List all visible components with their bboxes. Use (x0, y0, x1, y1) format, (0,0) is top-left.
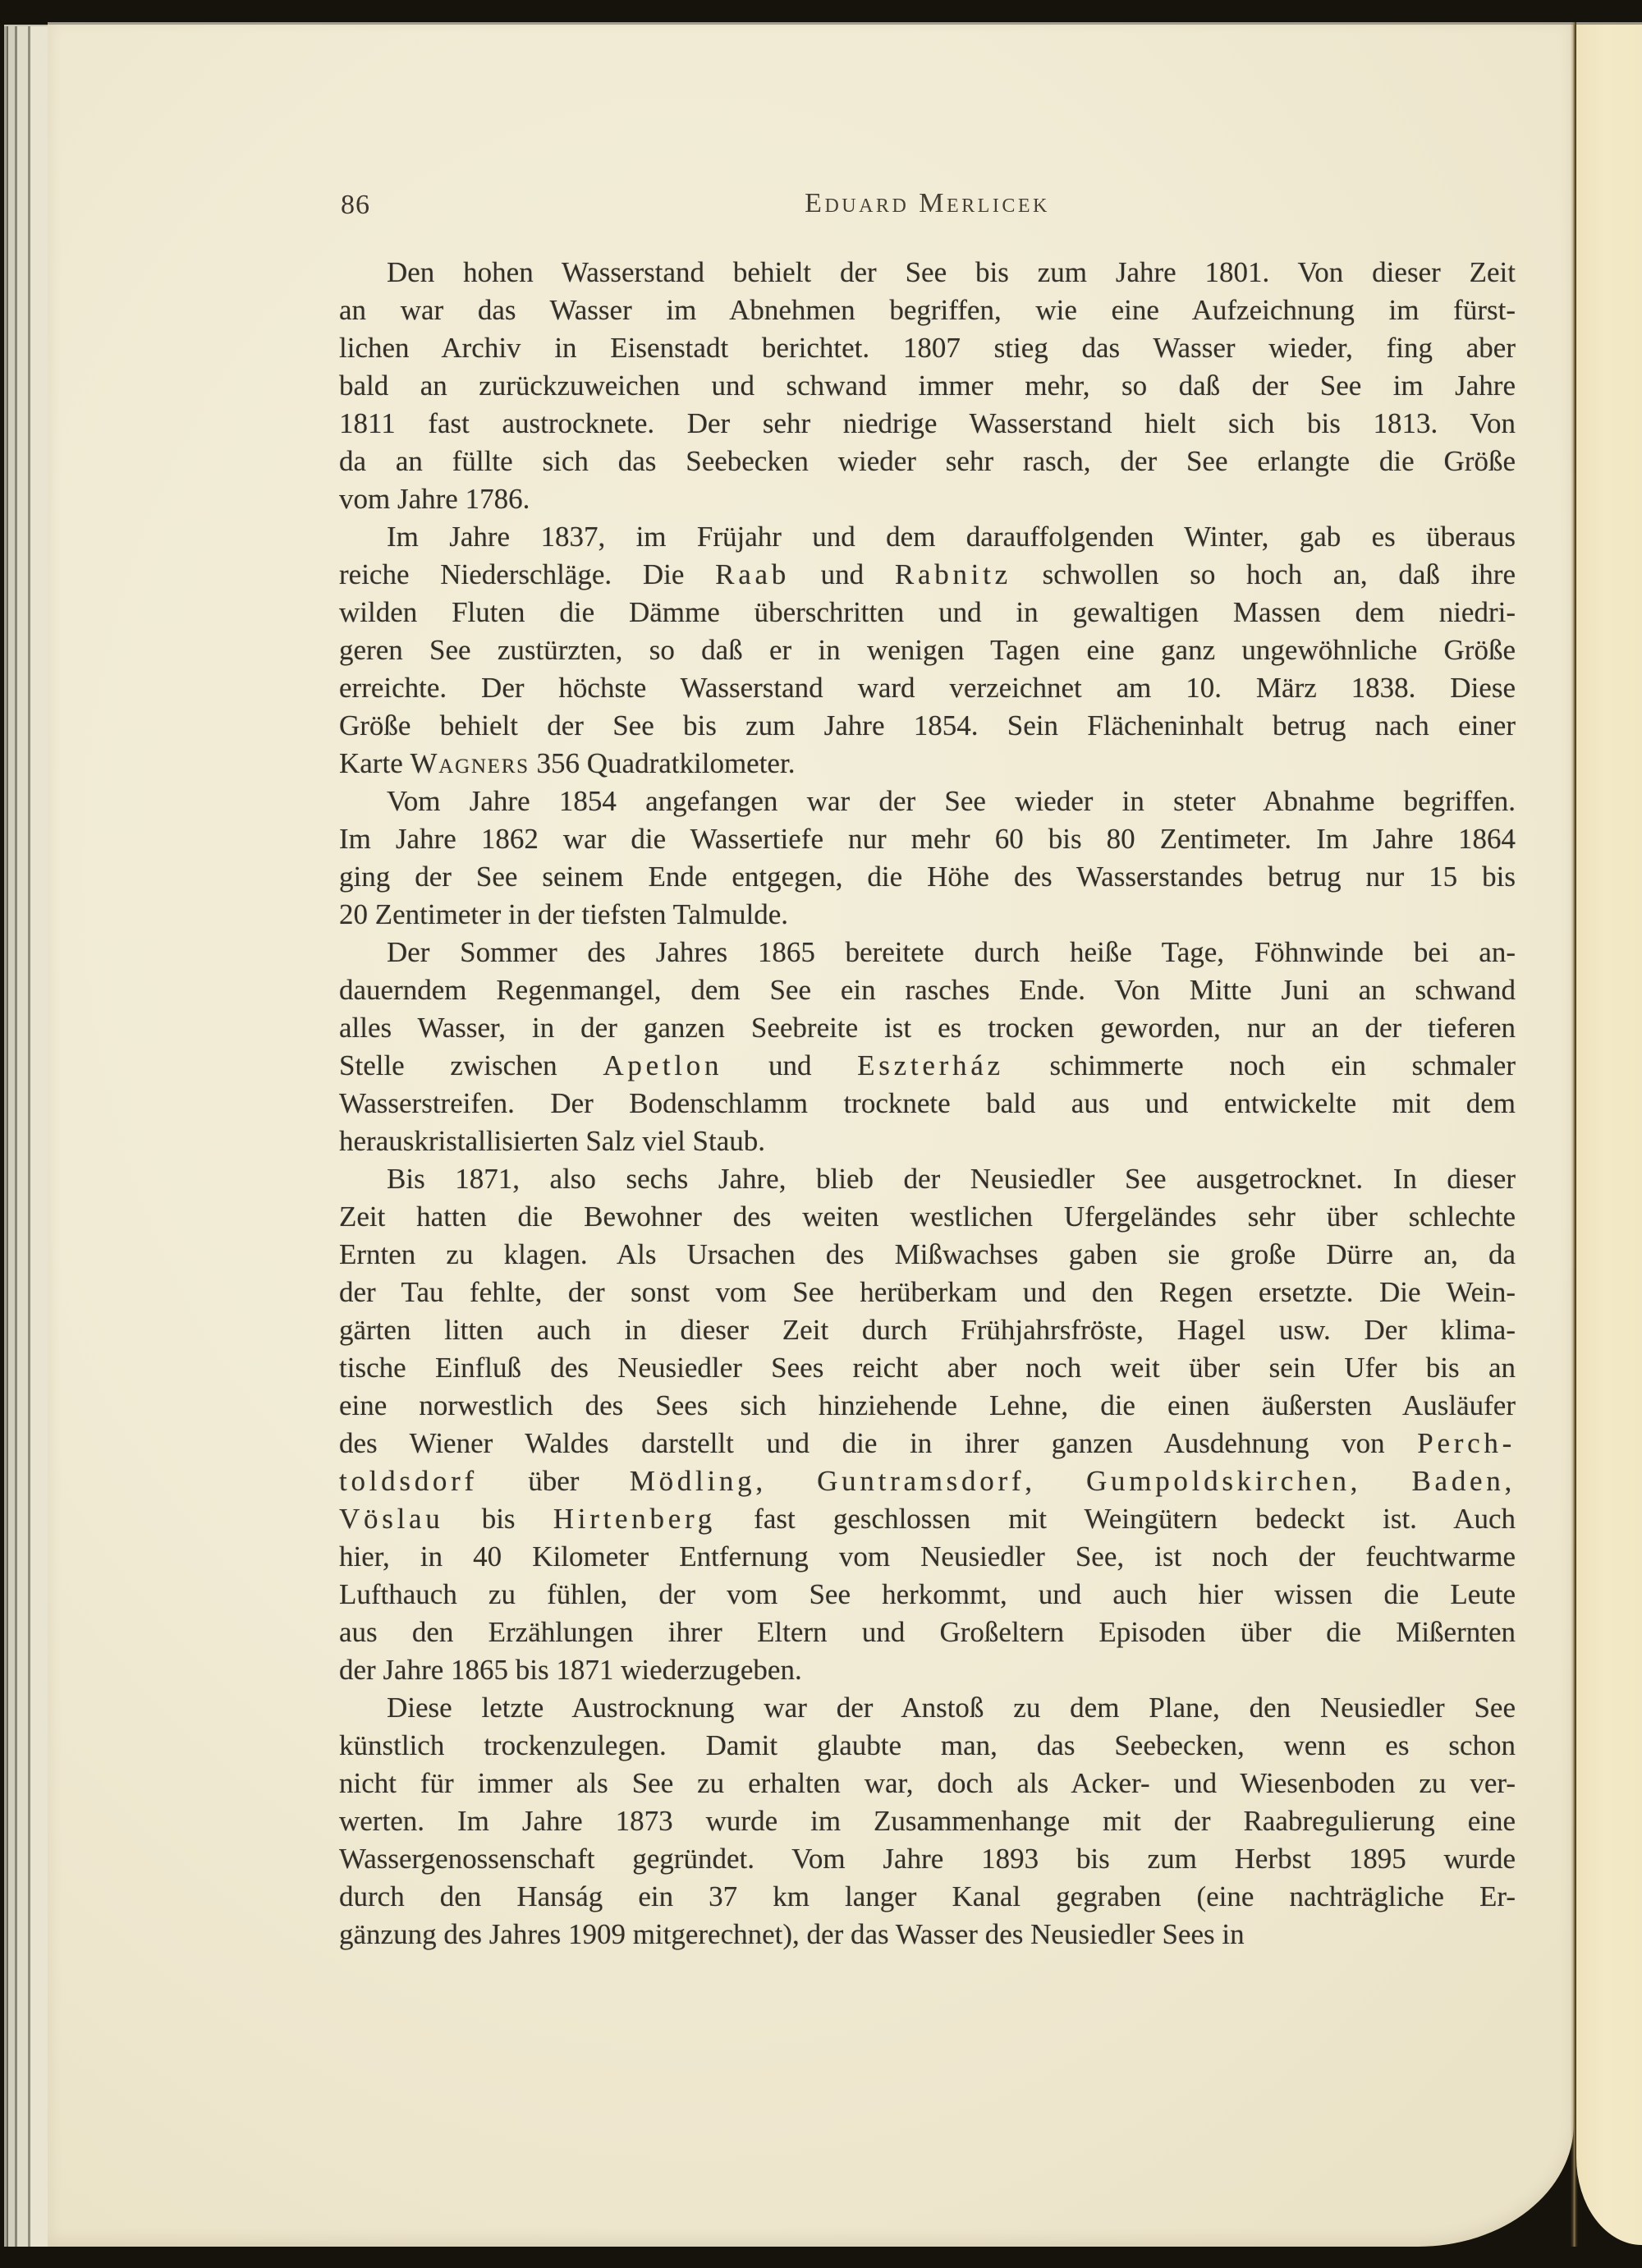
text-line: wilden Fluten die Dämme überschritten un… (339, 594, 1516, 631)
text-line: Stelle zwischen Apetlon und Eszterház sc… (339, 1047, 1516, 1085)
text-line: geren See zustürzten, so daß er in wenig… (339, 631, 1516, 669)
text-run: reiche Niederschläge. Die (339, 558, 715, 590)
text-run: 1811 fast austrocknete. Der sehr niedrig… (339, 407, 1516, 439)
text-line: eine norwestlich des Sees sich hinziehen… (339, 1387, 1516, 1425)
text-line: erreichte. Der höchste Wasserstand ward … (339, 669, 1516, 707)
text-run: Diese letzte Austrocknung war der Anstoß… (387, 1692, 1516, 1724)
text-line: dauerndem Regenmangel, dem See ein rasch… (339, 971, 1516, 1009)
text-line: gänzung des Jahres 1909 mitgerechnet), d… (339, 1916, 1516, 1954)
text-run: wilden Fluten die Dämme überschritten un… (339, 596, 1516, 628)
text-run: Ernten zu klagen. Als Ursachen des Mißwa… (339, 1238, 1516, 1270)
text-line: herauskristallisierten Salz viel Staub. (339, 1123, 1516, 1160)
text-run: schwollen so hoch an, daß ihre (1011, 558, 1516, 590)
text-line: alles Wasser, in der ganzen Seebreite is… (339, 1009, 1516, 1047)
text-run: und (722, 1049, 857, 1081)
text-run (1361, 1465, 1411, 1497)
letterspaced-name: Raab (715, 558, 790, 590)
text-run: 20 Zentimeter in der tiefsten Talmulde. (339, 898, 788, 930)
text-line: der Jahre 1865 bis 1871 wiederzugeben. (339, 1651, 1516, 1689)
letterspaced-name: Mödling, (630, 1465, 767, 1497)
text-run: des Wiener Waldes darstellt und die in i… (339, 1427, 1417, 1459)
text-line: Zeit hatten die Bewohner des weiten west… (339, 1198, 1516, 1236)
text-run: und (790, 558, 895, 590)
letterspaced-name: Perch- (1417, 1427, 1516, 1459)
paragraph: Im Jahre 1837, im Früjahr und dem darauf… (339, 518, 1516, 783)
text-run: ging der See seinem Ende entgegen, die H… (339, 861, 1516, 893)
text-run: werten. Im Jahre 1873 wurde im Zusammenh… (339, 1805, 1516, 1837)
text-line: Den hohen Wasserstand behielt der See bi… (339, 254, 1516, 292)
text-run: Karte (339, 747, 410, 779)
text-line: toldsdorf über Mödling, Guntramsdorf, Gu… (339, 1462, 1516, 1500)
text-run: fast geschlossen mit Weingütern bedeckt … (716, 1503, 1516, 1535)
text-run: erreichte. Der höchste Wasserstand ward … (339, 672, 1516, 704)
text-run: Lufthauch zu fühlen, der vom See herkomm… (339, 1578, 1516, 1610)
book-scan: 86 Eduard Merlicek Den hohen Wasserstand… (0, 0, 1642, 2268)
text-line: vom Jahre 1786. (339, 480, 1516, 518)
paragraph: Der Sommer des Jahres 1865 bereitete dur… (339, 934, 1516, 1160)
text-line: nicht für immer als See zu erhalten war,… (339, 1765, 1516, 1802)
page-edges-stack (4, 25, 48, 2247)
text-line: 20 Zentimeter in der tiefsten Talmulde. (339, 896, 1516, 934)
letterspaced-name: Apetlon (603, 1049, 722, 1081)
text-run: durch den Hanság ein 37 km langer Kanal … (339, 1880, 1516, 1912)
text-line: Der Sommer des Jahres 1865 bereitete dur… (339, 934, 1516, 971)
text-run: dauerndem Regenmangel, dem See ein rasch… (339, 974, 1516, 1006)
letterspaced-name: Hirtenberg (553, 1503, 716, 1535)
smallcaps-name: Wagners (410, 747, 529, 779)
text-run: Den hohen Wasserstand behielt der See bi… (387, 256, 1516, 288)
page-header: 86 Eduard Merlicek (339, 188, 1516, 227)
book-page: 86 Eduard Merlicek Den hohen Wasserstand… (48, 22, 1574, 2247)
text-run: Zeit hatten die Bewohner des weiten west… (339, 1201, 1516, 1233)
running-header: Eduard Merlicek (339, 188, 1516, 219)
text-line: aus den Erzählungen ihrer Eltern und Gro… (339, 1614, 1516, 1651)
text-run: gänzung des Jahres 1909 mitgerechnet), d… (339, 1918, 1245, 1950)
text-run: Der Sommer des Jahres 1865 bereitete dur… (387, 936, 1516, 968)
text-run: Stelle zwischen (339, 1049, 603, 1081)
text-line: da an füllte sich das Seebecken wieder s… (339, 443, 1516, 480)
text-line: hier, in 40 Kilometer Entfernung vom Neu… (339, 1538, 1516, 1576)
text-run: der Tau fehlte, der sonst vom See herübe… (339, 1276, 1516, 1308)
text-run: nicht für immer als See zu erhalten war,… (339, 1767, 1516, 1799)
text-run: Wassergenossenschaft gegründet. Vom Jahr… (339, 1843, 1516, 1875)
text-line: tische Einfluß des Neusiedler Sees reich… (339, 1349, 1516, 1387)
text-line: des Wiener Waldes darstellt und die in i… (339, 1425, 1516, 1462)
text-run: Wasserstreifen. Der Bodenschlamm trockne… (339, 1087, 1516, 1119)
text-line: an war das Wasser im Abnehmen begriffen,… (339, 292, 1516, 329)
text-line: ging der See seinem Ende entgegen, die H… (339, 858, 1516, 896)
text-line: der Tau fehlte, der sonst vom See herübe… (339, 1274, 1516, 1311)
text-run: künstlich trockenzulegen. Damit glaubte … (339, 1729, 1516, 1761)
text-run: an war das Wasser im Abnehmen begriffen,… (339, 294, 1516, 326)
text-line: Vöslau bis Hirtenberg fast geschlossen m… (339, 1500, 1516, 1538)
letterspaced-name: toldsdorf (339, 1465, 478, 1497)
text-run: herauskristallisierten Salz viel Staub. (339, 1125, 765, 1157)
text-run: bis (444, 1503, 553, 1535)
text-run: tische Einfluß des Neusiedler Sees reich… (339, 1352, 1516, 1384)
text-run: lichen Archiv in Eisenstadt berichtet. 1… (339, 332, 1516, 364)
text-line: werten. Im Jahre 1873 wurde im Zusammenh… (339, 1802, 1516, 1840)
text-line: Vom Jahre 1854 angefangen war der See wi… (339, 783, 1516, 820)
paragraph: Diese letzte Austrocknung war der Anstoß… (339, 1689, 1516, 1954)
text-run: Größe behielt der See bis zum Jahre 1854… (339, 709, 1516, 741)
paragraph: Vom Jahre 1854 angefangen war der See wi… (339, 783, 1516, 934)
text-run: vom Jahre 1786. (339, 483, 530, 515)
text-line: Wasserstreifen. Der Bodenschlamm trockne… (339, 1085, 1516, 1123)
text-line: Ernten zu klagen. Als Ursachen des Mißwa… (339, 1236, 1516, 1274)
text-line: lichen Archiv in Eisenstadt berichtet. 1… (339, 329, 1516, 367)
text-run: über (478, 1465, 630, 1497)
paragraph: Den hohen Wasserstand behielt der See bi… (339, 254, 1516, 518)
text-run: hier, in 40 Kilometer Entfernung vom Neu… (339, 1540, 1516, 1572)
text-line: reiche Niederschläge. Die Raab und Rabni… (339, 556, 1516, 594)
paragraph: Bis 1871, also sechs Jahre, blieb der Ne… (339, 1160, 1516, 1689)
text-line: bald an zurückzuweichen und schwand imme… (339, 367, 1516, 405)
text-run: Im Jahre 1837, im Früjahr und dem darauf… (387, 521, 1516, 553)
text-run (767, 1465, 817, 1497)
text-run: der Jahre 1865 bis 1871 wiederzugeben. (339, 1654, 802, 1686)
text-line: gärten litten auch in dieser Zeit durch … (339, 1311, 1516, 1349)
body-text: Den hohen Wasserstand behielt der See bi… (339, 254, 1516, 1954)
text-run (1036, 1465, 1086, 1497)
text-line: Karte Wagners 356 Quadratkilometer. (339, 745, 1516, 783)
text-run: eine norwestlich des Sees sich hinziehen… (339, 1389, 1516, 1421)
text-run: Im Jahre 1862 war die Wassertiefe nur me… (339, 823, 1516, 855)
text-run: gärten litten auch in dieser Zeit durch … (339, 1314, 1516, 1346)
text-run: alles Wasser, in der ganzen Seebreite is… (339, 1012, 1516, 1044)
text-line: künstlich trockenzulegen. Damit glaubte … (339, 1727, 1516, 1765)
text-run: geren See zustürzten, so daß er in wenig… (339, 634, 1516, 666)
text-line: Im Jahre 1862 war die Wassertiefe nur me… (339, 820, 1516, 858)
text-line: Größe behielt der See bis zum Jahre 1854… (339, 707, 1516, 745)
letterspaced-name: Vöslau (339, 1503, 444, 1535)
text-run: Bis 1871, also sechs Jahre, blieb der Ne… (387, 1163, 1516, 1195)
facing-page-edge (1576, 22, 1642, 2245)
text-line: Im Jahre 1837, im Früjahr und dem darauf… (339, 518, 1516, 556)
text-run: 356 Quadratkilometer. (530, 747, 796, 779)
letterspaced-name: Rabnitz (895, 558, 1011, 590)
text-line: Wassergenossenschaft gegründet. Vom Jahr… (339, 1840, 1516, 1878)
text-run: schimmerte noch ein schmaler (1004, 1049, 1516, 1081)
text-line: Diese letzte Austrocknung war der Anstoß… (339, 1689, 1516, 1727)
text-line: Bis 1871, also sechs Jahre, blieb der Ne… (339, 1160, 1516, 1198)
text-line: 1811 fast austrocknete. Der sehr niedrig… (339, 405, 1516, 443)
text-line: durch den Hanság ein 37 km langer Kanal … (339, 1878, 1516, 1916)
letterspaced-name: Gumpoldskirchen, (1086, 1465, 1361, 1497)
text-run: Vom Jahre 1854 angefangen war der See wi… (387, 785, 1516, 817)
letterspaced-name: Baden, (1411, 1465, 1516, 1497)
text-line: Lufthauch zu fühlen, der vom See herkomm… (339, 1576, 1516, 1614)
text-run: da an füllte sich das Seebecken wieder s… (339, 445, 1516, 477)
letterspaced-name: Eszterház (857, 1049, 1004, 1081)
text-run: bald an zurückzuweichen und schwand imme… (339, 370, 1516, 402)
letterspaced-name: Guntramsdorf, (817, 1465, 1036, 1497)
text-run: aus den Erzählungen ihrer Eltern und Gro… (339, 1616, 1516, 1648)
